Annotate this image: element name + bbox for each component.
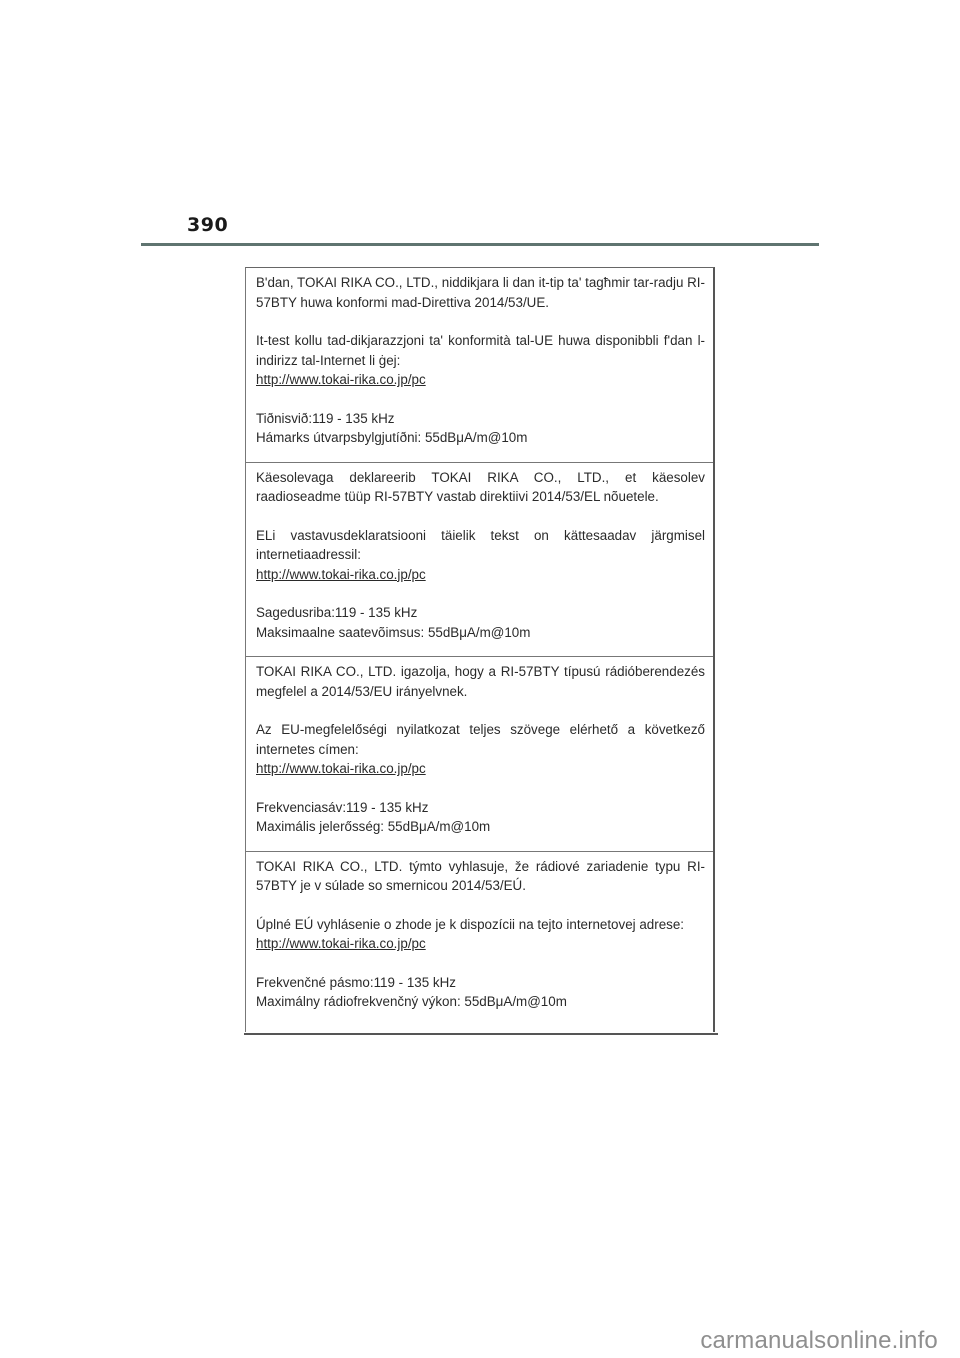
declaration-box: B'dan, TOKAI RIKA CO., LTD., niddikjara … xyxy=(245,267,715,1032)
frequency-label: Frekvenčné pásmo: xyxy=(256,975,374,990)
power-value: 55dBμA/m@10m xyxy=(464,994,566,1009)
availability-text: Úplné EÚ vyhlásenie o zhode je k dispozí… xyxy=(256,915,705,935)
power-label: Maximális jelerősség: xyxy=(256,819,384,834)
watermark: carmanualsonline.info xyxy=(700,1327,938,1355)
availability-text: It-test kollu tad-dikjarazzjoni ta' konf… xyxy=(256,331,705,370)
declaration-text: Käesolevaga deklareerib TOKAI RIKA CO., … xyxy=(256,468,705,507)
availability-text: Az EU-megfelelőségi nyilatkozat teljes s… xyxy=(256,720,705,759)
frequency-label: Tiðnisvið: xyxy=(256,411,312,426)
frequency-line: Frekvenciasáv:119 - 135 kHz xyxy=(256,798,705,818)
power-value: 55dBμA/m@10m xyxy=(388,819,490,834)
power-label: Hámarks útvarpsbylgjutíðni: xyxy=(256,430,421,445)
declaration-section-estonian: Käesolevaga deklareerib TOKAI RIKA CO., … xyxy=(246,463,713,658)
power-value: 55dBμA/m@10m xyxy=(428,625,530,640)
power-line: Maximális jelerősség: 55dBμA/m@10m xyxy=(256,817,705,837)
declaration-url-link[interactable]: http://www.tokai-rika.co.jp/pc xyxy=(256,370,705,390)
declaration-text: TOKAI RIKA CO., LTD. týmto vyhlasuje, že… xyxy=(256,857,705,896)
frequency-line: Sagedusriba:119 - 135 kHz xyxy=(256,603,705,623)
frequency-label: Frekvenciasáv: xyxy=(256,800,346,815)
frequency-value: 119 - 135 kHz xyxy=(335,605,417,620)
power-line: Maksimaalne saatevõimsus: 55dBμA/m@10m xyxy=(256,623,705,643)
frequency-value: 119 - 135 kHz xyxy=(374,975,456,990)
frequency-value: 119 - 135 kHz xyxy=(346,800,428,815)
declaration-url-link[interactable]: http://www.tokai-rika.co.jp/pc xyxy=(256,565,705,585)
frequency-line: Tiðnisvið:119 - 135 kHz xyxy=(256,409,705,429)
declaration-section-slovak: TOKAI RIKA CO., LTD. týmto vyhlasuje, že… xyxy=(246,852,713,1032)
frequency-label: Sagedusriba: xyxy=(256,605,335,620)
declaration-section-hungarian: TOKAI RIKA CO., LTD. igazolja, hogy a RI… xyxy=(246,657,713,852)
declaration-text: TOKAI RIKA CO., LTD. igazolja, hogy a RI… xyxy=(256,662,705,701)
header-rule xyxy=(141,243,819,246)
power-line: Maximálny rádiofrekvenčný výkon: 55dBμA/… xyxy=(256,992,705,1012)
page-number: 390 xyxy=(187,214,228,236)
power-value: 55dBμA/m@10m xyxy=(425,430,527,445)
declaration-text: B'dan, TOKAI RIKA CO., LTD., niddikjara … xyxy=(256,273,705,312)
power-line: Hámarks útvarpsbylgjutíðni: 55dBμA/m@10m xyxy=(256,428,705,448)
power-label: Maximálny rádiofrekvenčný výkon: xyxy=(256,994,461,1009)
declaration-url-link[interactable]: http://www.tokai-rika.co.jp/pc xyxy=(256,759,705,779)
declaration-url-link[interactable]: http://www.tokai-rika.co.jp/pc xyxy=(256,934,705,954)
frequency-value: 119 - 135 kHz xyxy=(312,411,394,426)
availability-text: ELi vastavusdeklaratsiooni täielik tekst… xyxy=(256,526,705,565)
declaration-section-maltese: B'dan, TOKAI RIKA CO., LTD., niddikjara … xyxy=(246,268,713,463)
power-label: Maksimaalne saatevõimsus: xyxy=(256,625,424,640)
frequency-line: Frekvenčné pásmo:119 - 135 kHz xyxy=(256,973,705,993)
